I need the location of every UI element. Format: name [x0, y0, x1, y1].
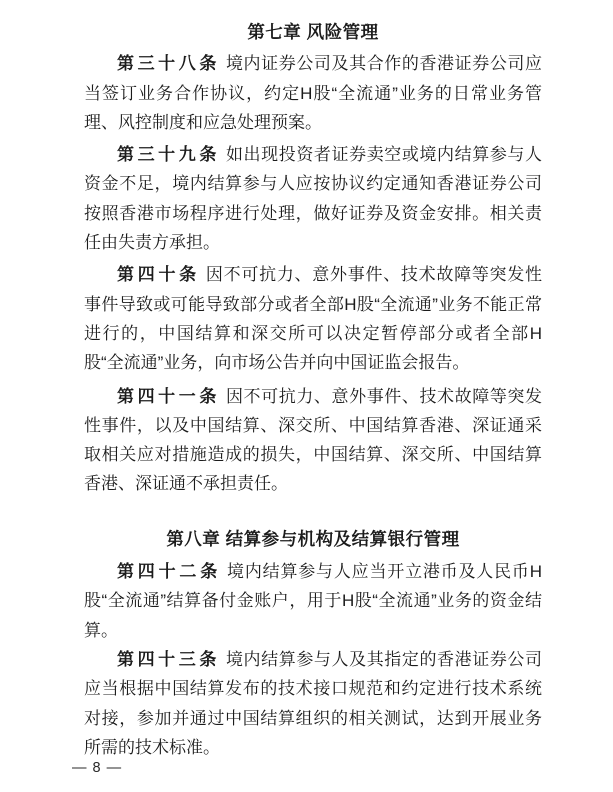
article-41: 第四十一条因不可抗力、意外事件、技术故障等突发性事件，以及中国结算、深交所、中国… — [84, 382, 542, 499]
page-number: — 8 — — [72, 758, 122, 778]
article-40-number: 第四十条 — [117, 265, 200, 284]
article-42: 第四十二条境内结算参与人应当开立港币及人民币H股“全流通”结算备付金账户，用于H… — [84, 557, 542, 645]
article-41-number: 第四十一条 — [117, 387, 220, 406]
article-40: 第四十条因不可抗力、意外事件、技术故障等突发性事件导致或可能导致部分或者全部H股… — [84, 260, 542, 377]
article-39: 第三十九条如出现投资者证券卖空或境内结算参与人资金不足，境内结算参与人应按协议约… — [84, 140, 542, 257]
article-43-number: 第四十三条 — [117, 650, 220, 669]
article-43: 第四十三条境内结算参与人及其指定的香港证券公司应当根据中国结算发布的技术接口规范… — [84, 645, 542, 762]
document-page: 第七章 风险管理 第三十八条境内证券公司及其合作的香港证券公司应当签订业务合作协… — [0, 0, 613, 792]
article-38: 第三十八条境内证券公司及其合作的香港证券公司应当签订业务合作协议，约定H股“全流… — [84, 49, 542, 137]
article-38-number: 第三十八条 — [117, 54, 220, 73]
chapter-7-heading: 第七章 风险管理 — [84, 18, 542, 47]
chapter-8-heading: 第八章 结算参与机构及结算银行管理 — [84, 525, 542, 554]
page-content: 第七章 风险管理 第三十八条境内证券公司及其合作的香港证券公司应当签订业务合作协… — [84, 18, 542, 762]
article-39-number: 第三十九条 — [117, 145, 220, 164]
article-42-number: 第四十二条 — [117, 562, 221, 581]
